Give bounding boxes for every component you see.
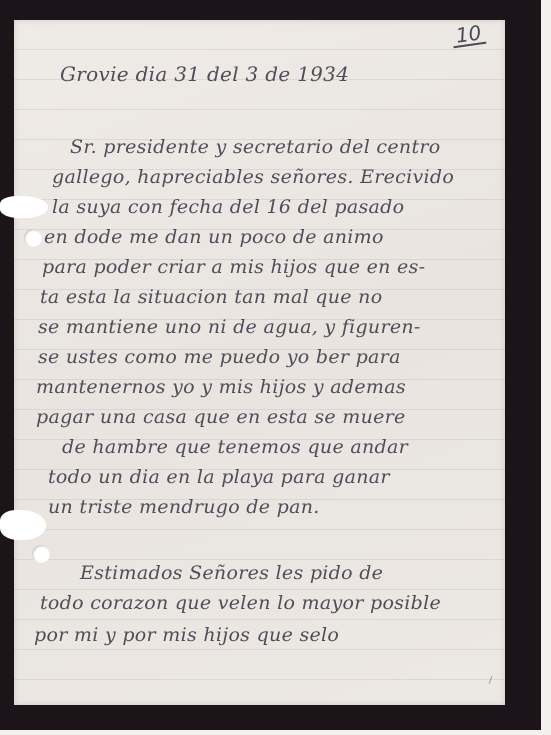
paper-tear bbox=[0, 510, 46, 540]
letter-line: en dode me dan un poco de animo bbox=[44, 226, 384, 248]
letter-line: Estimados Señores les pido de bbox=[80, 562, 383, 584]
punch-hole bbox=[32, 545, 50, 563]
letter-line: todo un dia en la playa para ganar bbox=[48, 466, 390, 488]
letter-line: ta esta la situacion tan mal que no bbox=[40, 286, 382, 308]
letter-line: por mi y por mis hijos que selo bbox=[34, 624, 339, 646]
punch-hole bbox=[24, 229, 42, 247]
letter-line: para poder criar a mis hijos que en es- bbox=[42, 256, 425, 278]
letter-line: mantenernos yo y mis hijos y ademas bbox=[36, 376, 406, 398]
letter-line: pagar una casa que en esta se muere bbox=[36, 406, 406, 428]
letter-heading-date: Grovie dia 31 del 3 de 1934 bbox=[60, 62, 349, 86]
page-number: 10 bbox=[451, 22, 487, 48]
letter-line: un triste mendrugo de pan. bbox=[48, 496, 320, 518]
letter-line: Sr. presidente y secretario del centro bbox=[70, 136, 441, 158]
letter-line: gallego, hapreciables señores. Erecivido bbox=[52, 166, 454, 188]
letter-line: se ustes como me puedo yo ber para bbox=[38, 346, 401, 368]
letter-line: todo corazon que velen lo mayor posible bbox=[40, 592, 441, 614]
letter-line: de hambre que tenemos que andar bbox=[62, 436, 408, 458]
letter-line: la suya con fecha del 16 del pasado bbox=[52, 196, 404, 218]
letter-line: se mantiene uno ni de agua, y figuren- bbox=[38, 316, 421, 338]
paper-tear bbox=[0, 196, 48, 218]
